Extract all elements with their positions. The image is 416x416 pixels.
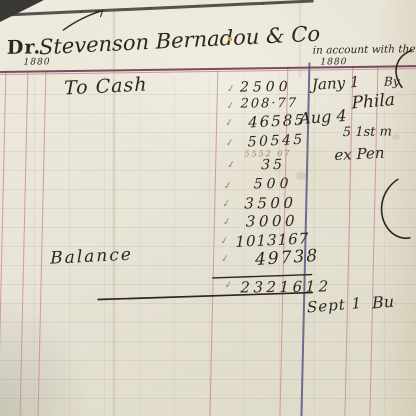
credit-flourish-middle [381,179,414,238]
amount-row: 50545 [248,132,305,151]
amount-row: 35 [261,157,285,173]
credit-text: Phila [351,90,395,114]
amount-row: 49738 [255,246,320,270]
credit-text: By [384,74,400,88]
amount-row: 208·77 [240,96,298,112]
total-amount: 2321612 [240,277,332,296]
signature-flourish-stroke [63,11,102,31]
foxing-spot [228,37,232,41]
pencil-checkmark: ✓ [223,180,233,193]
credit-text: Bu [372,292,395,313]
pencil-checkmark: ✓ [226,83,236,96]
ledger-page: Dr. 1880 Stevenson Bernadou & Co in acco… [0,0,416,416]
ruling-line-left-2 [19,71,28,416]
ruling-line-amount-left [209,68,218,416]
ink-flourishes [0,0,416,416]
pencil-checkmark: ✓ [221,198,231,211]
foxing-spot [296,172,306,180]
pencil-checkmark: ✓ [225,137,235,150]
paper-speck [80,11,83,13]
year-right: 1880 [320,57,347,67]
credit-text: 5 1st m [343,124,392,140]
paper-speck [196,5,199,7]
ruling-line-right-2 [369,66,378,416]
balance-label: Balance [50,245,133,269]
foxing-spot [392,134,400,140]
debit-entry-label: To Cash [64,73,148,99]
dr-label: Dr. [7,36,42,58]
amount-row: 500 [254,176,293,193]
pencil-checkmark: ✓ [222,216,232,229]
ledger-photograph: Dr. 1880 Stevenson Bernadou & Co in acco… [0,0,416,416]
credit-date: Aug 4 [299,106,347,128]
pencil-checkmark: ✓ [220,235,230,248]
credit-text: ex Pen [334,144,384,164]
ruling-line-left-3 [37,70,46,416]
pencil-checkmark: ✓ [226,100,236,113]
paper-speck [148,7,151,9]
pencil-checkmark: ✓ [220,253,230,266]
amount-row: 3500 [244,194,297,213]
paper-speck [262,3,264,5]
amount-row: 46585 [248,111,306,132]
ruling-line-left-1 [0,71,6,416]
pencil-checkmark: ✓ [224,117,234,130]
in-account-with-label: in account with the [313,43,416,56]
pencil-checkmark: ✓ [226,159,236,172]
amount-row: 3000 [246,212,299,231]
pencil-checkmark: ✓ [224,279,234,292]
credit-date: Jany 1 [312,73,360,94]
credit-date: Sept 1 [307,294,363,317]
amount-row: 2500 [240,79,292,96]
ledger-content: Dr. 1880 Stevenson Bernadou & Co in acco… [0,0,416,416]
account-name: Stevenson Bernadou & Co [39,22,320,60]
